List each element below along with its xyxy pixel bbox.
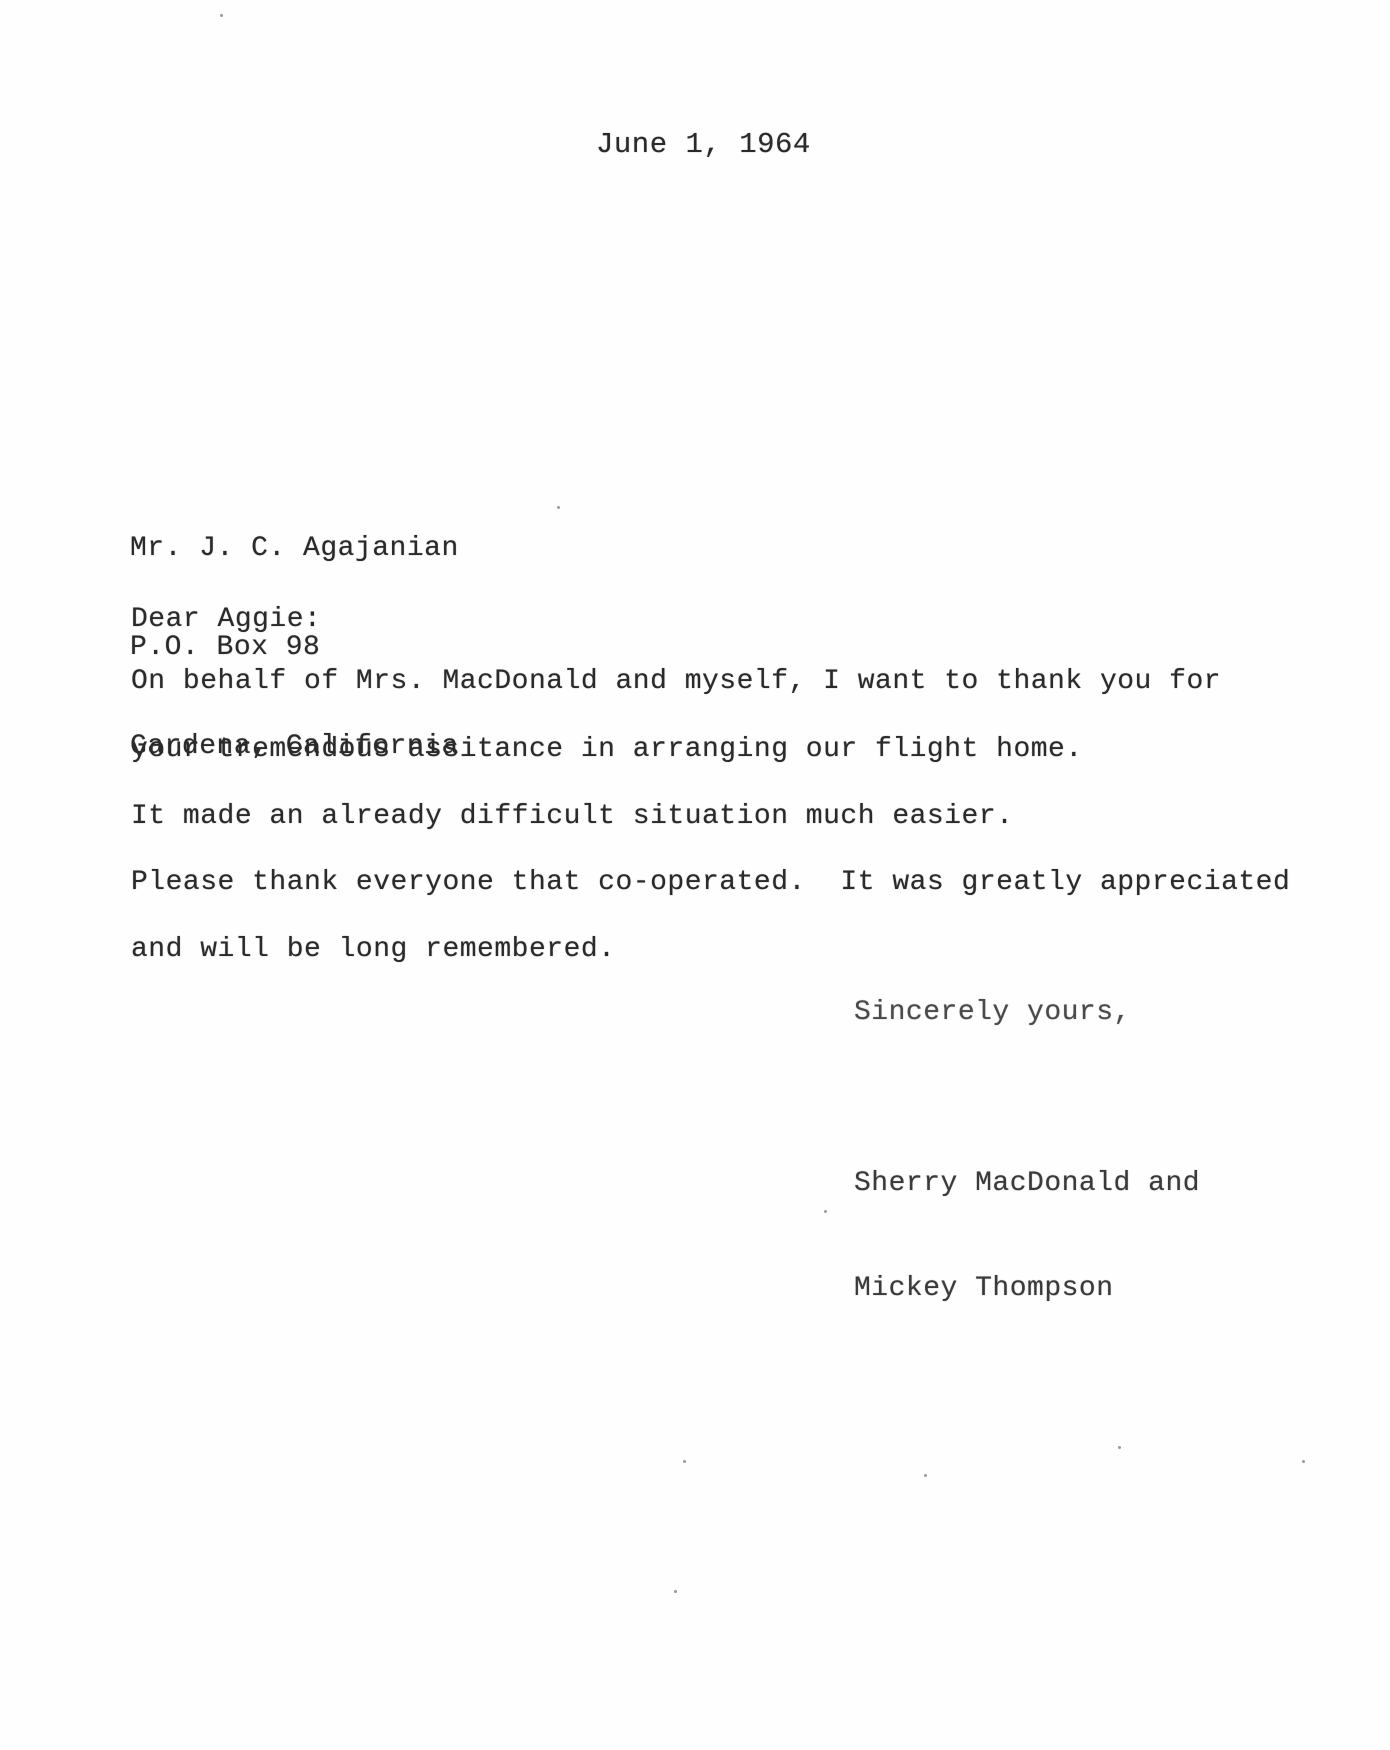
body-line: Please thank everyone that co-operated. … xyxy=(131,866,1290,900)
paper-speck xyxy=(220,14,223,17)
letter-date: June 1, 1964 xyxy=(596,128,811,162)
body-line: and will be long remembered. xyxy=(131,933,615,967)
closing: Sincerely yours, xyxy=(854,996,1131,1030)
recipient-name: Mr. J. C. Agajanian xyxy=(130,532,459,565)
recipient-address: Mr. J. C. Agajanian P.O. Box 98 Gardena,… xyxy=(130,466,459,829)
signature-block: Sherry MacDonald and Mickey Thompson xyxy=(854,1096,1200,1376)
paper-speck xyxy=(824,1210,827,1213)
signature-line: Mickey Thompson xyxy=(854,1271,1200,1306)
paper-speck xyxy=(674,1590,677,1593)
letter-page: June 1, 1964 Mr. J. C. Agajanian P.O. Bo… xyxy=(0,0,1390,1750)
body-line: On behalf of Mrs. MacDonald and myself, … xyxy=(131,665,1221,699)
paper-speck xyxy=(1302,1460,1305,1463)
paper-speck xyxy=(557,506,560,509)
signature-line: Sherry MacDonald and xyxy=(854,1166,1200,1201)
paper-speck xyxy=(1118,1446,1121,1449)
paper-speck xyxy=(683,1460,686,1463)
salutation: Dear Aggie: xyxy=(131,603,321,637)
body-line: It made an already difficult situation m… xyxy=(131,800,1013,834)
paper-speck xyxy=(924,1474,927,1477)
body-line: your tremendous assitance in arranging o… xyxy=(131,733,1083,767)
